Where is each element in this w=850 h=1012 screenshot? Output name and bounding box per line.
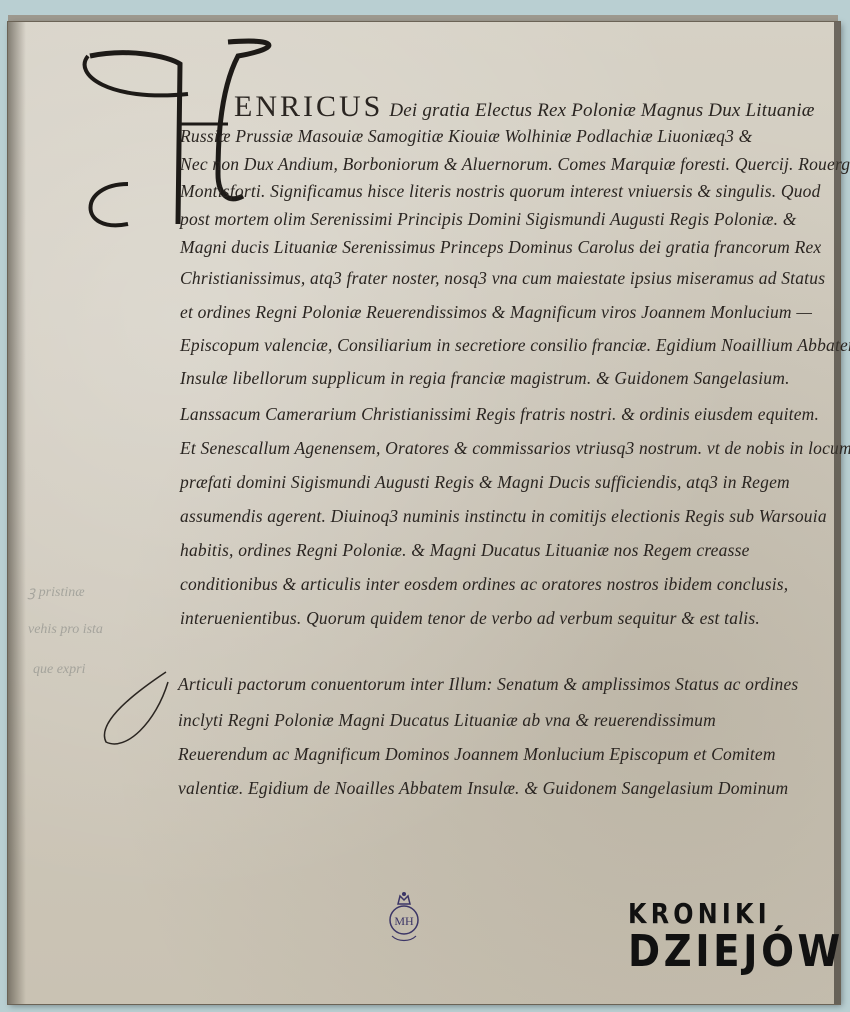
heading-word: ENRICUS	[234, 90, 383, 123]
text-line: inclyti Regni Poloniæ Magni Ducatus Litu…	[178, 710, 716, 731]
text-line: conditionibus & articulis inter eosdem o…	[180, 574, 788, 595]
text-line: ENRICUSDei gratia Electus Rex Poloniæ Ma…	[234, 90, 815, 124]
text-line: Montisforti. Significamus hisce literis …	[180, 181, 821, 202]
text-line: Articuli pactorum conuentorum inter Illu…	[178, 674, 798, 695]
text-line: Lanssacum Camerarium Christianissimi Reg…	[180, 404, 819, 425]
bleed-through-text: vehis pro ista	[28, 622, 103, 638]
bleed-through-text: ꝫ pristinæ	[28, 582, 85, 601]
watermark-line1: KRONIKI	[628, 900, 836, 928]
crown-stamp-icon: MH	[384, 890, 424, 944]
text-line: Nec non Dux Andium, Borboniorum & Aluern…	[180, 154, 850, 175]
kroniki-dziejow-watermark: KRONIKI DZIEJÓW	[628, 900, 850, 974]
text-line: Magni ducis Lituaniæ Serenissimus Prince…	[180, 237, 821, 258]
text-line: præfati domini Sigismundi Augusti Regis …	[180, 472, 790, 493]
manuscript-page: ꝫ pristinæ vehis pro ista que expri ENRI…	[8, 22, 840, 1004]
text-line: Episcopum valenciæ, Consiliarium in secr…	[180, 335, 850, 356]
text-line: et ordines Regni Poloniæ Reuerendissimos…	[180, 302, 812, 323]
text-line: Reuerendum ac Magnificum Dominos Joannem…	[178, 744, 776, 765]
text-line: Insulæ libellorum supplicum in regia fra…	[180, 368, 790, 389]
text-line: assumendis agerent. Diuinoq3 numinis ins…	[180, 506, 827, 527]
text-line: post mortem olim Serenissimi Principis D…	[180, 209, 797, 230]
text-line: Russiæ Prussiæ Masouiæ Samogitiæ Kiouiæ …	[180, 126, 752, 147]
svg-text:MH: MH	[394, 914, 414, 928]
watermark-line2: DZIEJÓW	[628, 930, 844, 974]
text-line: Christianissimus, atq3 frater noster, no…	[180, 268, 825, 289]
text-line: valentiæ. Egidium de Noailles Abbatem In…	[178, 778, 788, 799]
text-line: interuenientibus. Quorum quidem tenor de…	[180, 608, 760, 629]
text-line: habitis, ordines Regni Poloniæ. & Magni …	[180, 540, 750, 561]
text-line: Et Senescallum Agenensem, Oratores & com…	[180, 438, 850, 459]
bleed-through-text: que expri	[33, 662, 85, 678]
